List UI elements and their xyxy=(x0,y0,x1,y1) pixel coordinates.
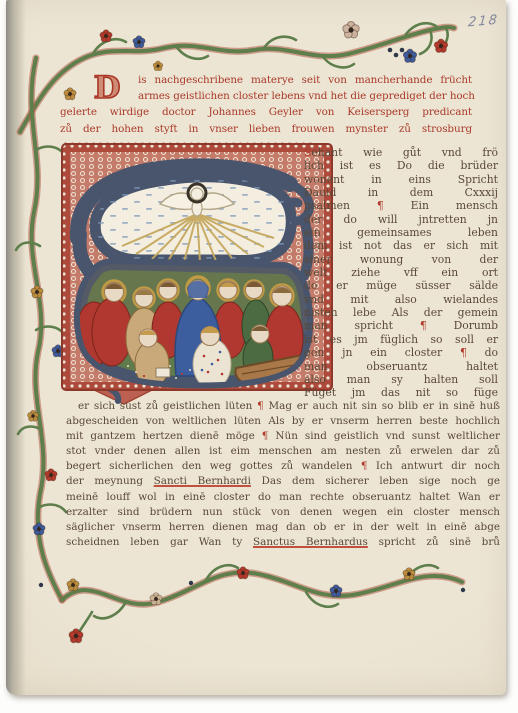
text-line: abgescheiden von weltlichen lüten Als by… xyxy=(66,414,500,429)
text-line: der do will jntretten jn xyxy=(304,213,498,226)
binding-gutter-shadow xyxy=(6,0,26,695)
manuscript-photo: 218 D is nachgeschribene materye seit vo… xyxy=(0,0,518,713)
gold-flower xyxy=(153,61,163,71)
text-block-bottom: er sich sust zů geistlichen lüten ¶ Mag … xyxy=(66,399,500,550)
text-line: ein gemeinsames leben xyxy=(304,226,498,239)
text-line: stot vnder denen allen ist eim menschen … xyxy=(66,444,500,459)
blue-flower xyxy=(403,49,416,62)
blue-flower xyxy=(330,585,342,597)
text-line: man obseruantz haltet xyxy=(304,360,498,373)
text-line: mit gantzem hertzen dienē möge ¶ Nün sin… xyxy=(66,429,500,444)
text-line: lich ist es Do die brüder xyxy=(304,159,498,172)
text-line: gelerte wirdige doctor Johannes Geyler v… xyxy=(60,104,472,120)
miniature xyxy=(60,142,334,406)
red-flower xyxy=(100,30,112,42)
text-line: gon jn ein closter ¶ do xyxy=(304,346,498,359)
text-line: meinē louff wol in einē closter do man r… xyxy=(66,490,500,505)
gold-flower xyxy=(28,410,39,421)
text-line: der meynung Sancti Bernhardi Das dem sic… xyxy=(66,474,500,489)
blue-flower xyxy=(33,523,45,535)
rubric-initial-letter: D xyxy=(82,73,132,104)
blue-flower xyxy=(133,36,145,48)
text-line: begert sicherlichen den weg gottes zů wa… xyxy=(66,459,500,474)
text-line: welt ziehe vff ein ort xyxy=(304,266,498,279)
text-line: scheidnen leben gar Wan ty Sanctus Bernh… xyxy=(66,535,500,550)
pale-gold-flower xyxy=(150,593,162,605)
historiated-initial-panel xyxy=(60,142,334,406)
gold-flower xyxy=(67,579,79,591)
rubric: D is nachgeschribene materye seit von ma… xyxy=(60,72,472,137)
red-flower xyxy=(45,469,57,481)
berry-cluster xyxy=(388,48,405,58)
text-line: Füget jm das nit so füge xyxy=(304,386,498,399)
text-line: Sehant wie gůt vnd frö xyxy=(304,146,498,159)
text-line: er sich sust zů geistlichen lüten ¶ Mag … xyxy=(66,399,500,414)
text-column-right: Sehant wie gůt vnd frölich ist es Do die… xyxy=(304,146,498,400)
text-line: siner wonung von der xyxy=(304,253,498,266)
red-flower xyxy=(69,629,83,643)
text-line: psalmen ¶ Ein mensch xyxy=(304,199,498,212)
text-line: vnd mit also wielandes xyxy=(304,293,498,306)
gold-flower xyxy=(31,286,43,298)
pale-rosette xyxy=(343,21,359,37)
text-line: erzalter sind brüdern nun stück von dene… xyxy=(66,505,500,520)
text-line: Dauid in dem Cxxxij xyxy=(304,186,498,199)
red-flower xyxy=(434,39,447,52)
text-line: wonent in eins Spricht xyxy=(304,173,498,186)
text-line: do er müge süsser sälde xyxy=(304,279,498,292)
text-line: nisten lebe Als der gemein xyxy=(304,306,498,319)
manuscript-page: 218 D is nachgeschribene materye seit vo… xyxy=(6,0,506,695)
text-line: also man sy halten soll xyxy=(304,373,498,386)
gold-flower xyxy=(403,568,415,580)
folio-number: 218 xyxy=(467,13,499,31)
text-line: zů der hohen styft in vnser lieben frouw… xyxy=(60,121,472,137)
border-bottom-vine xyxy=(62,565,462,634)
text-line: man spricht ¶ Dorumb xyxy=(304,319,498,332)
red-flower xyxy=(237,567,249,579)
text-line: dem ist not das er sich mit xyxy=(304,239,498,252)
text-line: säglicher vnserm herren dienen mag dan o… xyxy=(66,520,500,535)
text-line: ist es jm füglich so soll er xyxy=(304,333,498,346)
